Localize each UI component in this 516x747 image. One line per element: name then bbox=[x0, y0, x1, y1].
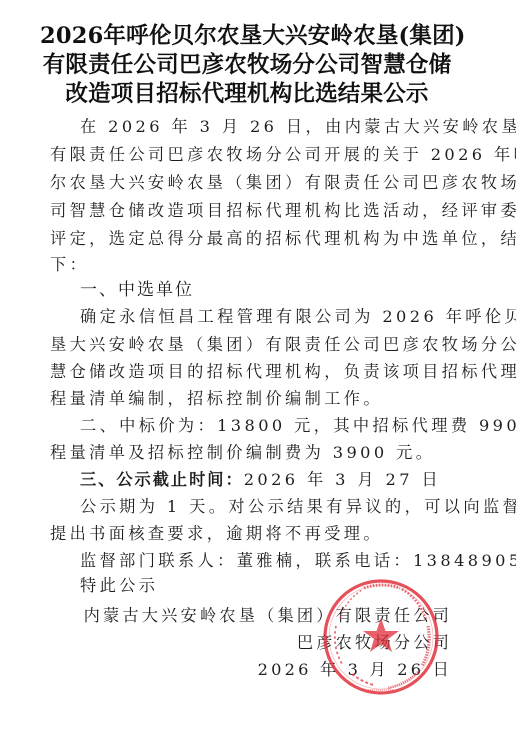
signature-org-line-1: 内蒙古大兴安岭农垦（集团）有限责任公司 bbox=[84, 606, 452, 626]
signature-org-line-2: 巴彦农牧场分公司 bbox=[297, 633, 452, 653]
section1-line-3: 慧仓储改造项目的招标代理机构，负责该项目招标代理、工 bbox=[50, 362, 516, 382]
intro-line-3: 尔农垦大兴安岭农垦（集团）有限责任公司巴彦农牧场分公 bbox=[50, 173, 516, 193]
signature-date: 2026 年 3 月 26 日 bbox=[258, 660, 452, 680]
intro-line-1: 在 2026 年 3 月 26 日，由内蒙古大兴安岭农垦（集团） bbox=[80, 117, 516, 137]
section1-heading: 一、中选单位 bbox=[80, 280, 194, 300]
section3-line-2: 提出书面核查要求，逾期将不再受理。 bbox=[50, 524, 383, 544]
section1-line-1: 确定永信恒昌工程管理有限公司为 2026 年呼伦贝尔农 bbox=[80, 307, 516, 327]
section1-line-4: 程量清单编制，招标控制价编制工作。 bbox=[50, 389, 383, 409]
closing-text: 特此公示 bbox=[80, 576, 158, 596]
section2-line-2: 程量清单及招标控制价编制费为 3900 元。 bbox=[50, 443, 435, 463]
contact-line: 监督部门联系人：董雅楠，联系电话：13848905755。 bbox=[80, 551, 516, 571]
title-line-2: 有限责任公司巴彦农牧场分公司智慧仓储 bbox=[40, 51, 454, 80]
title-line-1: 2026年呼伦贝尔农垦大兴安岭农垦(集团) bbox=[40, 22, 454, 51]
intro-line-5: 评定，选定总得分最高的招标代理机构为中选单位，结果如 bbox=[50, 229, 516, 249]
intro-line-6: 下： bbox=[50, 255, 89, 275]
document-page: 2026年呼伦贝尔农垦大兴安岭农垦(集团) 有限责任公司巴彦农牧场分公司智慧仓储… bbox=[0, 0, 516, 747]
section3-heading-line: 三、公示截止时间：2026 年 3 月 27 日 bbox=[80, 470, 441, 490]
intro-line-4: 司智慧仓储改造项目招标代理机构比选活动，经评审委员会 bbox=[50, 201, 516, 221]
title-line-3: 改造项目招标代理机构比选结果公示 bbox=[40, 80, 454, 109]
section3-line-1: 公示期为 1 天。对公示结果有异议的，可以向监督部门 bbox=[80, 497, 516, 517]
section2-line-1: 二、中标价为：13800 元，其中招标代理费 9900 元，工 bbox=[80, 416, 516, 436]
section1-line-2: 垦大兴安岭农垦（集团）有限责任公司巴彦农牧场分公司智 bbox=[50, 335, 516, 355]
deadline-date: 2026 年 3 月 27 日 bbox=[244, 470, 441, 489]
section3-heading: 三、公示截止时间： bbox=[80, 470, 244, 489]
document-title: 2026年呼伦贝尔农垦大兴安岭农垦(集团) 有限责任公司巴彦农牧场分公司智慧仓储… bbox=[40, 22, 454, 109]
intro-line-2: 有限责任公司巴彦农牧场分公司开展的关于 2026 年呼伦贝 bbox=[50, 145, 516, 165]
